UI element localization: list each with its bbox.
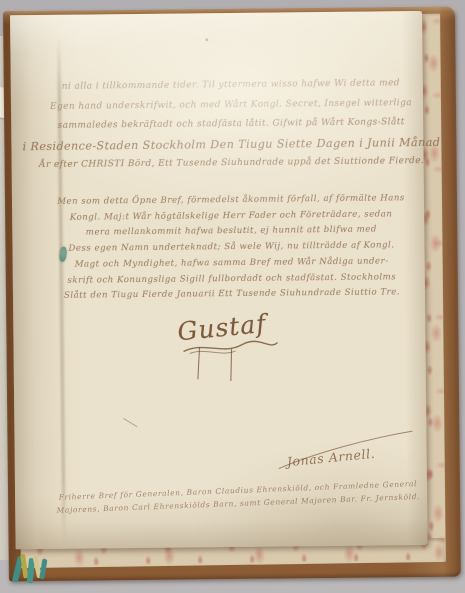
- secretary-signature: Jonas Arnell.: [272, 423, 433, 483]
- manuscript-paragraph-1: ni alla i tillkommande tider. Til ytterm…: [71, 74, 392, 175]
- manuscript-line: År efter CHRISTI Börd, Ett Tusende Siuhu…: [39, 152, 424, 176]
- docket-note: Friherre Bref för Generalen, Baron Claud…: [57, 478, 420, 517]
- manuscript-page: ni alla i tillkommande tider. Til ytterm…: [10, 11, 428, 549]
- ink-speck: [205, 38, 208, 41]
- royal-signature: Gustaf: [161, 310, 302, 385]
- manuscript-line: Slått den Tiugu Fierde Januarii Ett Tuse…: [64, 285, 400, 304]
- thread: [39, 559, 47, 580]
- headband-threads: [13, 552, 57, 590]
- royal-signature-flourish: [169, 310, 300, 385]
- manuscript-paragraph-2: Men som detta Öpne Bref, förmedelst åkom…: [66, 191, 397, 304]
- scratch-mark: [123, 418, 137, 427]
- book: ni alla i tillkommande tider. Til ytterm…: [0, 0, 465, 593]
- photo-backdrop: ni alla i tillkommande tider. Til ytterm…: [0, 0, 465, 593]
